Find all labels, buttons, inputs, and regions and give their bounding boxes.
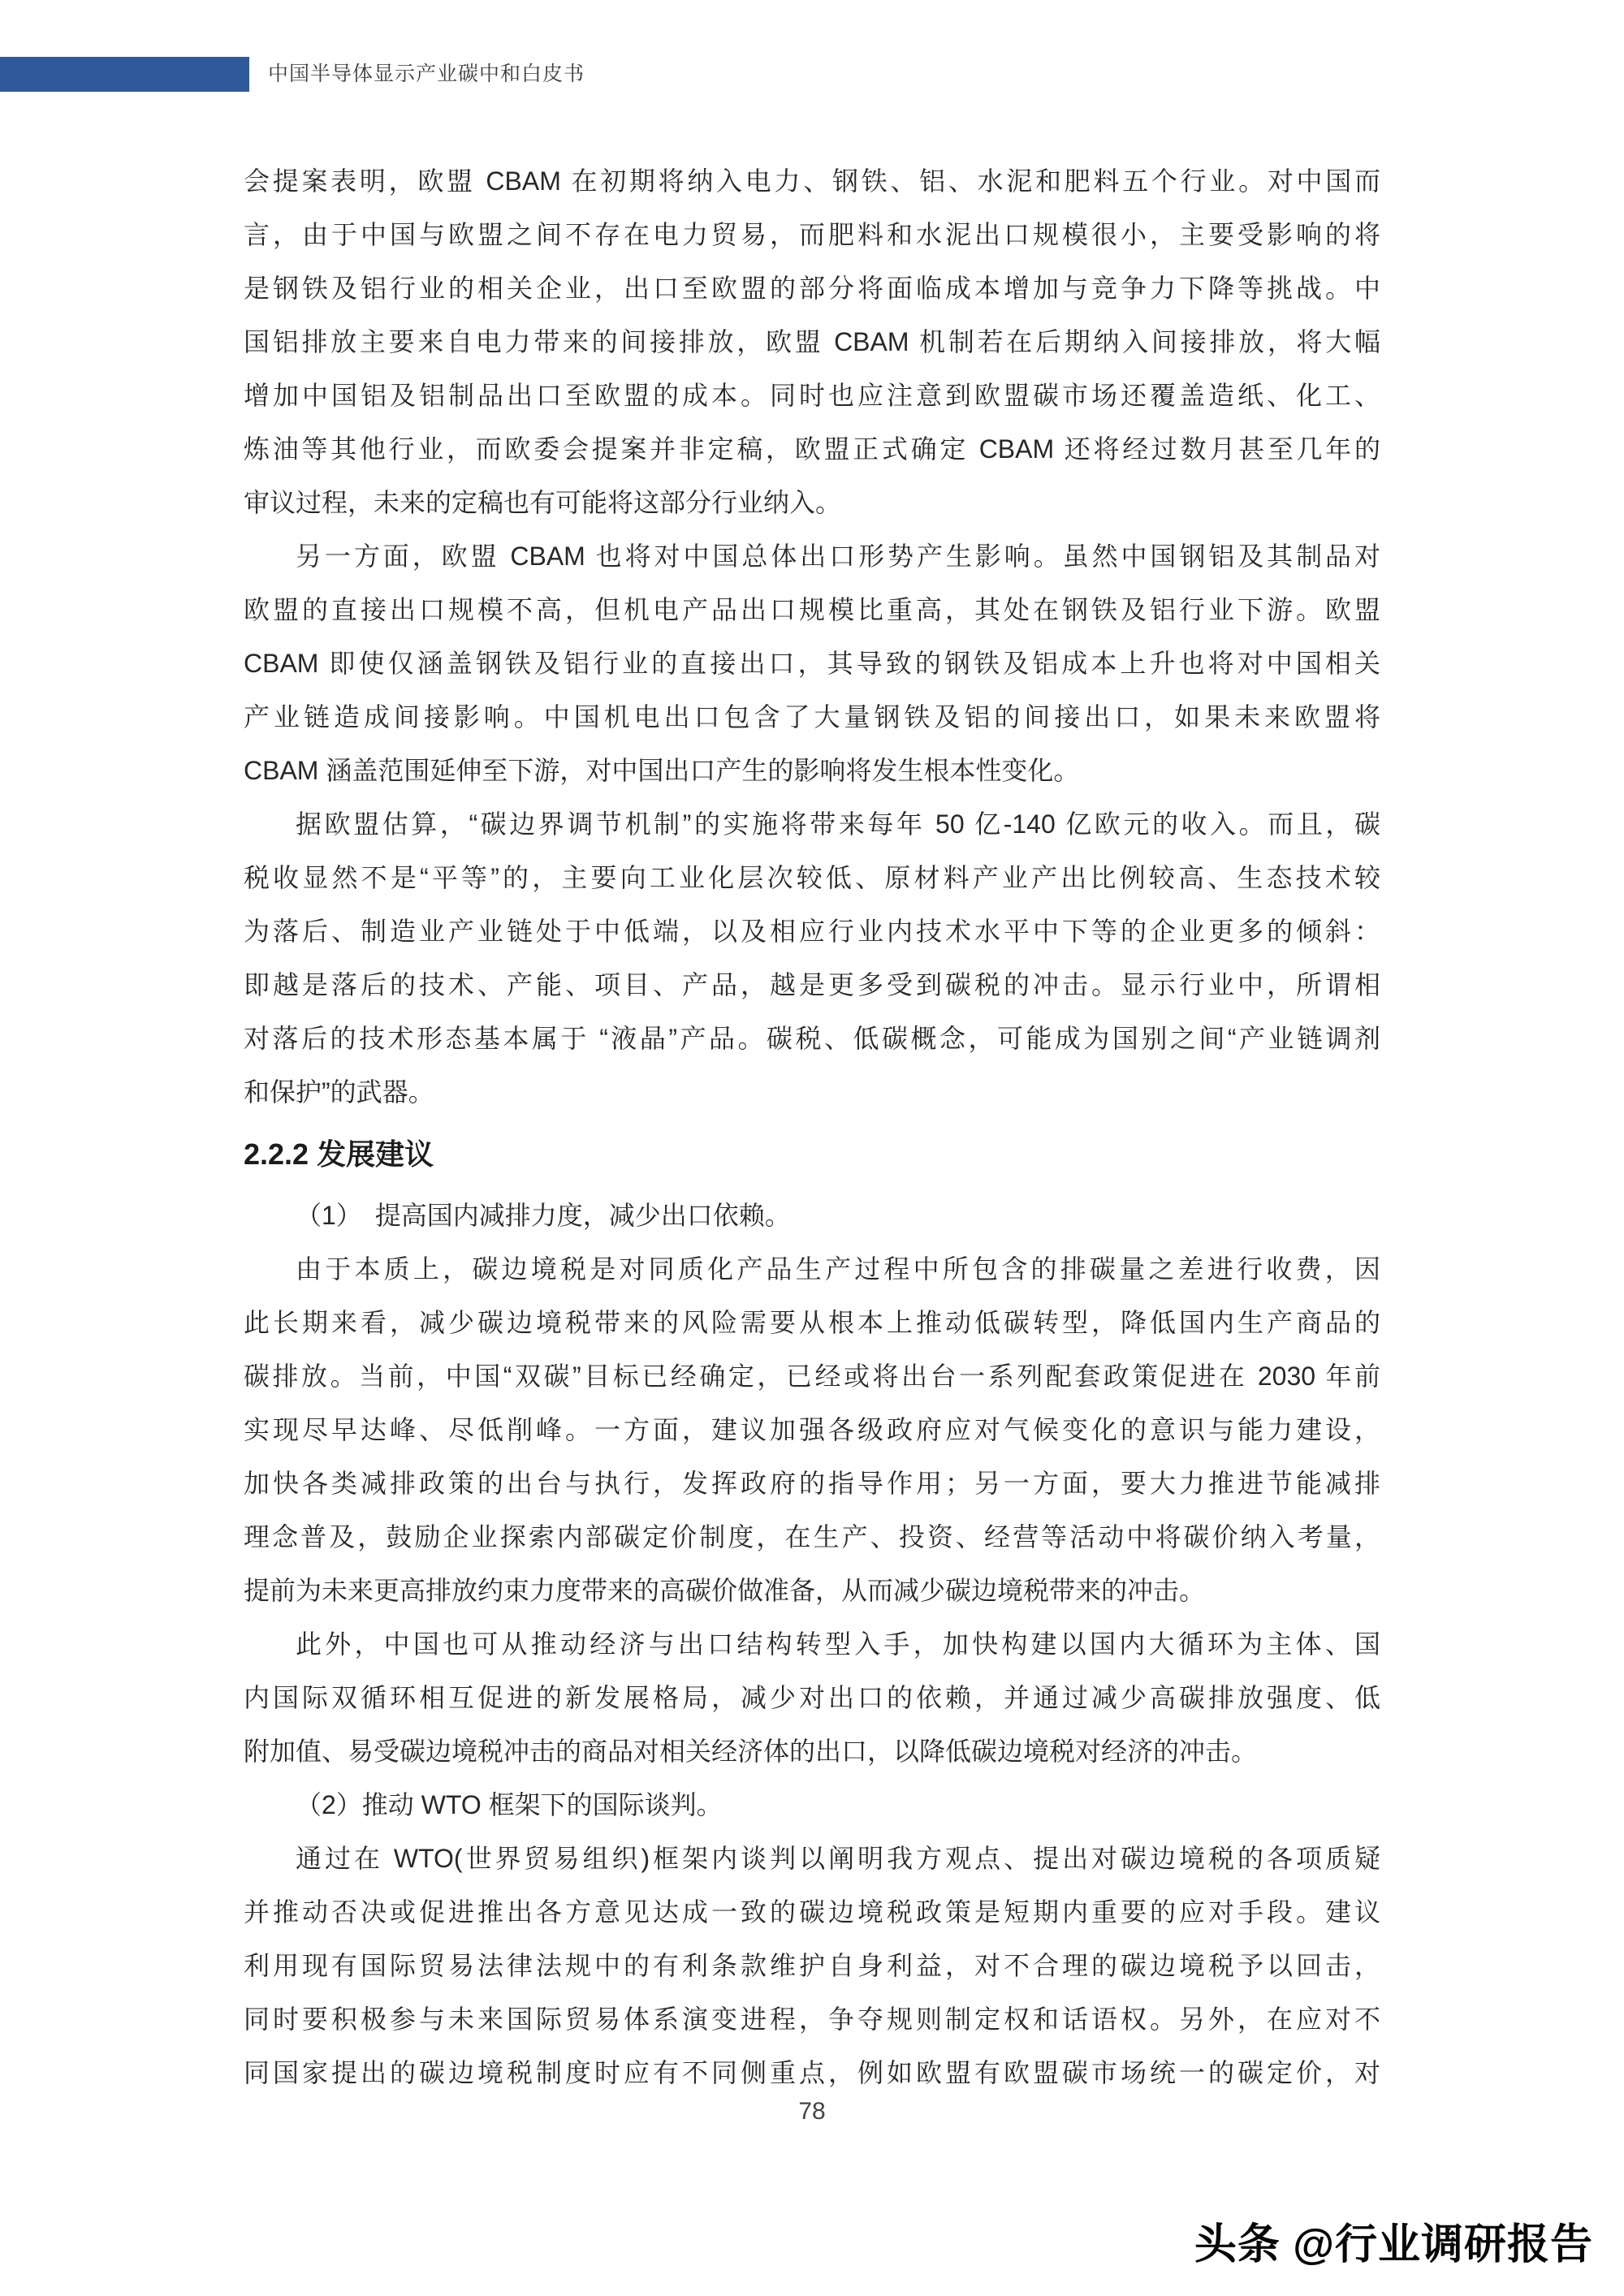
text-line: 增加中国铝及铝制品出口至欧盟的成本。同时也应注意到欧盟碳市场还覆盖造纸、化工、 [244,369,1380,422]
paragraph: （2）推动 WTO 框架下的国际谈判。 [244,1778,1380,1832]
paragraph: 此外，中国也可从推动经济与出口结构转型入手，加快构建以国内大循环为主体、国内国际… [244,1617,1380,1778]
text-line: 利用现有国际贸易法律法规中的有利条款维护自身利益，对不合理的碳边境税予以回击， [244,1939,1380,1992]
text-line: 欧盟的直接出口规模不高，但机电产品出口规模比重高，其处在钢铁及铝行业下游。欧盟 [244,583,1380,637]
text-line: （1） 提高国内减排力度，减少出口依赖。 [244,1189,1380,1242]
text-line: 同时要积极参与未来国际贸易体系演变进程，争夺规则制定权和话语权。另外，在应对不 [244,1992,1380,2046]
text-line: 产业链造成间接影响。中国机电出口包含了大量钢铁及铝的间接出口，如果未来欧盟将 [244,690,1380,744]
text-line: 另一方面，欧盟 CBAM 也将对中国总体出口形势产生影响。虽然中国钢铝及其制品对 [244,529,1380,583]
section-heading: 2.2.2 发展建议 [244,1137,1380,1172]
document-page: 中国半导体显示产业碳中和白皮书 会提案表明，欧盟 CBAM 在初期将纳入电力、钢… [0,0,1624,2296]
text-line: 实现尽早达峰、尽低削峰。一方面，建议加强各级政府应对气候变化的意识与能力建设， [244,1403,1380,1457]
watermark-text: 头条 @行业调研报告 [1194,2210,1593,2271]
paragraph: 由于本质上，碳边境税是对同质化产品生产过程中所包含的排碳量之差进行收费，因此长期… [244,1242,1380,1617]
text-line: 会提案表明，欧盟 CBAM 在初期将纳入电力、钢铁、铝、水泥和肥料五个行业。对中… [244,154,1380,208]
text-line: 和保护”的武器。 [244,1065,1380,1119]
paragraph: 会提案表明，欧盟 CBAM 在初期将纳入电力、钢铁、铝、水泥和肥料五个行业。对中… [244,154,1380,529]
paragraph: 另一方面，欧盟 CBAM 也将对中国总体出口形势产生影响。虽然中国钢铝及其制品对… [244,529,1380,797]
text-line: CBAM 即使仅涵盖钢铁及铝行业的直接出口，其导致的钢铁及铝成本上升也将对中国相… [244,637,1380,690]
document-content: 会提案表明，欧盟 CBAM 在初期将纳入电力、钢铁、铝、水泥和肥料五个行业。对中… [244,154,1380,2100]
paragraph: 据欧盟估算，“碳边界调节机制”的实施将带来每年 50 亿-140 亿欧元的收入。… [244,797,1380,1119]
paragraph: （1） 提高国内减排力度，减少出口依赖。 [244,1189,1380,1242]
text-line: 审议过程，未来的定稿也有可能将这部分行业纳入。 [244,476,1380,529]
text-line: 理念普及，鼓励企业探索内部碳定价制度，在生产、投资、经营等活动中将碳价纳入考量， [244,1510,1380,1564]
text-line: CBAM 涵盖范围延伸至下游，对中国出口产生的影响将发生根本性变化。 [244,744,1380,797]
text-line: （2）推动 WTO 框架下的国际谈判。 [244,1778,1380,1832]
header-title: 中国半导体显示产业碳中和白皮书 [268,57,585,92]
text-line: 内国际双循环相互促进的新发展格局，减少对出口的依赖，并通过减少高碳排放强度、低 [244,1671,1380,1724]
page-number: 78 [0,2098,1624,2126]
text-line: 据欧盟估算，“碳边界调节机制”的实施将带来每年 50 亿-140 亿欧元的收入。… [244,797,1380,851]
paragraph: 通过在 WTO(世界贸易组织)框架内谈判以阐明我方观点、提出对碳边境税的各项质疑… [244,1832,1380,2100]
text-line: 提前为未来更高排放约束力度带来的高碳价做准备，从而减少碳边境税带来的冲击。 [244,1564,1380,1617]
text-line: 言，由于中国与欧盟之间不存在电力贸易，而肥料和水泥出口规模很小，主要受影响的将 [244,208,1380,261]
text-line: 加快各类减排政策的出台与执行，发挥政府的指导作用；另一方面，要大力推进节能减排 [244,1457,1380,1510]
text-line: 税收显然不是“平等”的，主要向工业化层次较低、原材料产业产出比例较高、生态技术较 [244,851,1380,904]
text-line: 此外，中国也可从推动经济与出口结构转型入手，加快构建以国内大循环为主体、国 [244,1617,1380,1671]
text-line: 国铝排放主要来自电力带来的间接排放，欧盟 CBAM 机制若在后期纳入间接排放，将… [244,315,1380,369]
text-line: 附加值、易受碳边境税冲击的商品对相关经济体的出口，以降低碳边境税对经济的冲击。 [244,1724,1380,1778]
text-line: 通过在 WTO(世界贸易组织)框架内谈判以阐明我方观点、提出对碳边境税的各项质疑 [244,1832,1380,1885]
text-line: 碳排放。当前，中国“双碳”目标已经确定，已经或将出台一系列配套政策促进在 203… [244,1349,1380,1403]
text-line: 为落后、制造业产业链处于中低端，以及相应行业内技术水平中下等的企业更多的倾斜： [244,904,1380,958]
text-line: 并推动否决或促进推出各方意见达成一致的碳边境税政策是短期内重要的应对手段。建议 [244,1885,1380,1939]
text-line: 由于本质上，碳边境税是对同质化产品生产过程中所包含的排碳量之差进行收费，因 [244,1242,1380,1296]
text-line: 此长期来看，减少碳边境税带来的风险需要从根本上推动低碳转型，降低国内生产商品的 [244,1296,1380,1349]
header-accent-bar [0,57,249,92]
text-line: 同国家提出的碳边境税制度时应有不同侧重点，例如欧盟有欧盟碳市场统一的碳定价，对 [244,2046,1380,2100]
text-line: 对落后的技术形态基本属于 “液晶”产品。碳税、低碳概念，可能成为国别之间“产业链… [244,1012,1380,1065]
text-line: 即越是落后的技术、产能、项目、产品，越是更多受到碳税的冲击。显示行业中，所谓相 [244,958,1380,1012]
text-line: 炼油等其他行业，而欧委会提案并非定稿，欧盟正式确定 CBAM 还将经过数月甚至几… [244,422,1380,476]
text-line: 是钢铁及铝行业的相关企业，出口至欧盟的部分将面临成本增加与竞争力下降等挑战。中 [244,261,1380,315]
